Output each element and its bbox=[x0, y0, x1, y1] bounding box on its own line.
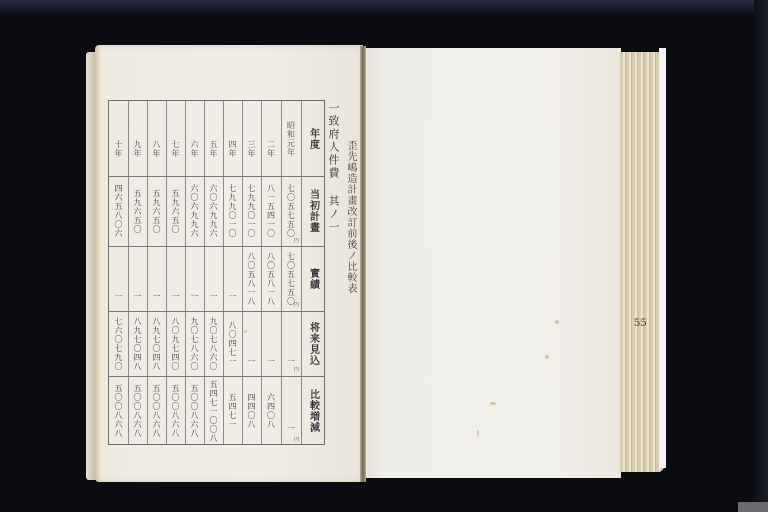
table-cell: 六四〇八 bbox=[261, 376, 281, 446]
table-cell: 五〇〇八六八 bbox=[166, 376, 185, 446]
table-cell: 五〇〇八六八 bbox=[147, 376, 166, 446]
table-cell: 八〇五八一八 bbox=[261, 246, 281, 311]
year-header: 六年 bbox=[185, 121, 204, 176]
row-label-difference: 比較増減 bbox=[301, 376, 325, 446]
table-cell: 一 bbox=[261, 346, 281, 376]
table-cell: 一 bbox=[204, 281, 223, 311]
table-cell: 六〇六九九六 bbox=[204, 176, 223, 246]
unit-label: 円 bbox=[294, 237, 299, 244]
table-cell: 八一五四一〇 bbox=[261, 176, 281, 246]
table-cell: 五九六五〇 bbox=[166, 176, 185, 246]
table-cell: 五〇〇八六八 bbox=[109, 376, 128, 446]
table-cell: 一 bbox=[242, 346, 261, 376]
table-cell: 一 bbox=[223, 281, 242, 311]
year-header: 三年 bbox=[242, 121, 261, 176]
table-cell: 九〇七八六〇 bbox=[204, 311, 223, 376]
row-label-forecast: 将来見込 bbox=[301, 311, 325, 376]
table-cell: 七九九〇一〇 bbox=[242, 176, 261, 246]
table-cell: 一 bbox=[185, 281, 204, 311]
book-gutter bbox=[360, 46, 366, 482]
table-cell: 一 bbox=[166, 281, 185, 311]
table-cell: 九〇七八六〇 bbox=[185, 311, 204, 376]
comparison-table: 年度 昭和元年 二年 三年 四年 五年 六年 七年 八年 九年 十年 当初計畫 … bbox=[108, 100, 325, 445]
year-header: 七年 bbox=[166, 121, 185, 176]
table-cell: 五九六五〇 bbox=[147, 176, 166, 246]
document-title: 一致府人件費 其ノ一 bbox=[323, 102, 341, 252]
header-label-year: 年度 bbox=[301, 101, 325, 176]
year-header: 十年 bbox=[109, 121, 128, 176]
table-cell: 四六五八〇六 bbox=[109, 176, 128, 246]
document-subtitle: 歪先嶋造計畫改訂前後ノ比較表 bbox=[342, 140, 358, 340]
table-cell: 八九七〇四八 bbox=[128, 311, 147, 376]
foxing-stain bbox=[490, 402, 496, 405]
table-cell: 一 bbox=[128, 281, 147, 311]
right-page bbox=[365, 48, 621, 478]
table-cell: 六〇六九九六 bbox=[185, 176, 204, 246]
row-label-actual: 實績 bbox=[301, 246, 325, 311]
table-cell: 八〇四七一 bbox=[223, 311, 242, 376]
table-cell: 五四七一〇〇八 bbox=[204, 376, 223, 446]
year-header: 五年 bbox=[204, 121, 223, 176]
page-edges bbox=[620, 52, 664, 472]
unit-label: 円 bbox=[294, 436, 299, 443]
table-cell: 七九九〇一〇 bbox=[223, 176, 242, 246]
table-cell: 五〇〇八六八 bbox=[185, 376, 204, 446]
year-header: 八年 bbox=[147, 121, 166, 176]
table-cell: 七〇五七五〇 bbox=[281, 176, 301, 246]
unit-label: 円 bbox=[294, 366, 299, 373]
unit-label: 円 bbox=[294, 301, 299, 308]
table-cell: 八九七〇四八 bbox=[147, 311, 166, 376]
foxing-stain bbox=[555, 320, 559, 324]
year-header: 二年 bbox=[261, 121, 281, 176]
table-cell: 一 bbox=[147, 281, 166, 311]
table-cell: 四四〇八 bbox=[242, 376, 261, 446]
page-edge-highlight bbox=[659, 48, 666, 468]
foxing-stain bbox=[477, 430, 479, 436]
table-cell: 一 bbox=[109, 281, 128, 311]
year-header: 昭和元年 bbox=[281, 101, 301, 176]
table-cell: 八〇五八一八 bbox=[242, 246, 261, 311]
table-cell: 八〇九七四〇 bbox=[166, 311, 185, 376]
table-cell: 七六〇七九〇 bbox=[109, 311, 128, 376]
foxing-stain bbox=[545, 355, 549, 359]
year-header: 九年 bbox=[128, 121, 147, 176]
table-cell: 五〇〇八六八 bbox=[128, 376, 147, 446]
table-cell: 五九六五〇 bbox=[128, 176, 147, 246]
table-cell: 五四七一 bbox=[223, 376, 242, 446]
page-edge-mark: 55 bbox=[634, 318, 647, 329]
scanner-base bbox=[738, 502, 768, 512]
open-book: 55 一致府人件費 其ノ一 歪先嶋造計畫改訂前後ノ比較表 年度 昭和元年 二年 … bbox=[0, 0, 768, 512]
year-header: 四年 bbox=[223, 121, 242, 176]
row-label-initial-plan: 当初計畫 bbox=[301, 176, 325, 246]
